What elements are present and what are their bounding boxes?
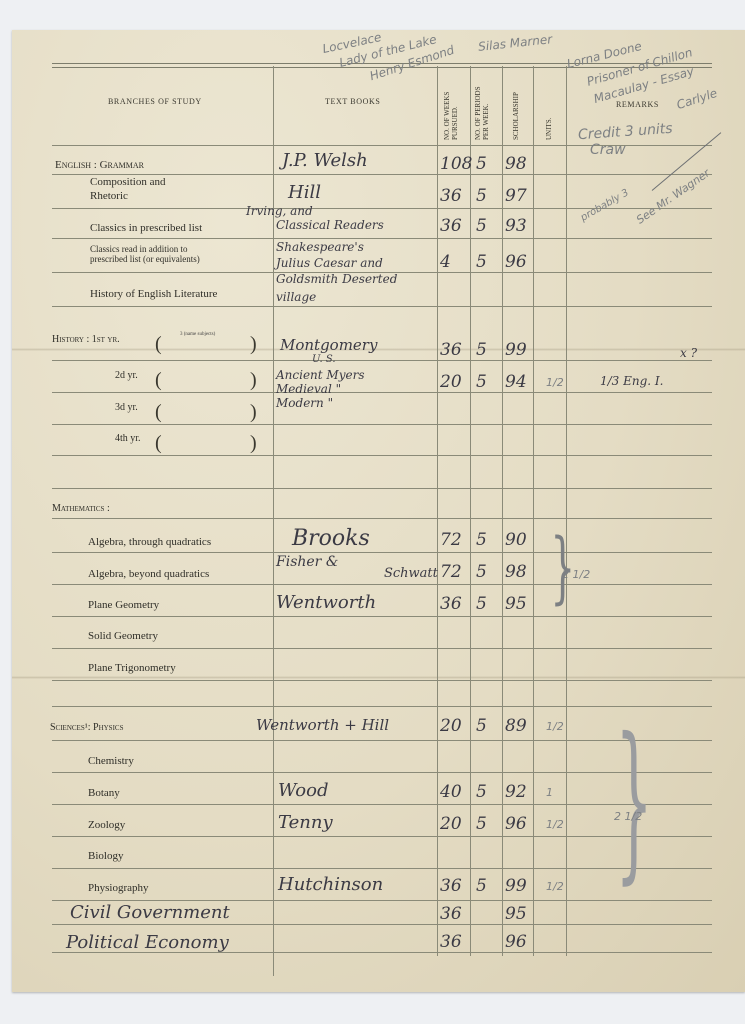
textbook-wood: Wood — [278, 780, 328, 801]
cell-periods: 5 — [476, 372, 487, 392]
col-divider — [470, 66, 471, 956]
label-physiography: Physiography — [88, 882, 149, 894]
remark-math-units: 2 1/2 — [562, 568, 590, 581]
textbook-schwatt: Schwatt — [384, 566, 438, 581]
header-textbooks: TEXT BOOKS — [325, 97, 380, 106]
label-classics-prescribed: Classics in prescribed list — [90, 222, 202, 234]
paren-close: ) — [250, 402, 257, 422]
label-alg-beyond: Algebra, beyond quadratics — [88, 568, 209, 580]
row-line — [52, 648, 712, 649]
history-note: 3 (name subjects) — [180, 332, 215, 337]
header-units: UNITS. — [545, 110, 557, 140]
row-line — [52, 924, 712, 925]
row-line — [52, 868, 712, 869]
remark-initials: Craw — [590, 142, 626, 158]
row-line — [52, 208, 712, 209]
label-plane-trig: Plane Trigonometry — [88, 662, 176, 674]
label-alg-through: Algebra, through quadratics — [88, 536, 211, 548]
textbook-tenny: Tenny — [278, 812, 333, 833]
cell-periods: 5 — [476, 216, 487, 236]
cell-scholarship: 95 — [505, 594, 527, 614]
row-line — [52, 584, 712, 585]
paren-close: ) — [250, 370, 257, 390]
cell-weeks: 36 — [440, 216, 462, 236]
row-line — [52, 392, 712, 393]
col-divider — [273, 66, 274, 976]
paren-close: ) — [250, 433, 257, 453]
label-civil-government: Civil Government — [70, 902, 230, 923]
cell-scholarship: 99 — [505, 340, 527, 360]
header-weeks: NO. OF WEEKS PURSUED. — [443, 72, 465, 140]
cell-periods: 5 — [476, 562, 487, 582]
textbook-wentworth-hill: Wentworth + Hill — [256, 716, 389, 734]
cell-periods: 5 — [476, 340, 487, 360]
cell-scholarship: 98 — [505, 562, 527, 582]
cell-weeks: 36 — [440, 876, 462, 896]
label-biology: Biology — [88, 850, 123, 862]
section-history: History : 1st yr. — [52, 334, 120, 345]
cell-periods: 5 — [476, 186, 487, 206]
textbook-hill: Hill — [288, 182, 321, 203]
row-line — [52, 772, 712, 773]
paren-open: ( — [155, 402, 162, 422]
label-rhetoric: Rhetoric — [90, 190, 128, 202]
header-branches: BRANCHES OF STUDY — [108, 97, 202, 106]
label-solid-geo: Solid Geometry — [88, 630, 158, 642]
col-divider — [566, 66, 567, 956]
row-line — [52, 616, 712, 617]
section-english: English : Grammar — [55, 159, 144, 171]
paren-open: ( — [155, 334, 162, 354]
textbook-modern: Modern " — [276, 396, 333, 410]
remark-science-units: 2 1/2 — [614, 810, 642, 823]
cell-periods: 5 — [476, 252, 487, 272]
cell-scholarship: 97 — [505, 186, 527, 206]
label-classics-add-1: Classics read in addition to — [90, 244, 187, 254]
textbook-shakespeare: Shakespeare's — [276, 240, 364, 254]
cell-weeks: 36 — [440, 340, 462, 360]
row-line — [52, 238, 712, 239]
textbook-wentworth: Wentworth — [276, 592, 376, 613]
cell-weeks: 36 — [440, 594, 462, 614]
row-line — [52, 488, 712, 489]
row-line — [52, 518, 712, 519]
textbook-medieval: Medieval " — [276, 382, 341, 396]
cell-scholarship: 90 — [505, 530, 527, 550]
row-line — [52, 836, 712, 837]
cell-weeks: 36 — [440, 186, 462, 206]
cell-scholarship: 92 — [505, 782, 527, 802]
cell-scholarship: 95 — [505, 904, 527, 924]
textbook-welsh: J.P. Welsh — [282, 150, 368, 171]
header-remarks: REMARKS — [616, 100, 659, 109]
label-hist-eng-lit: History of English Literature — [90, 288, 217, 300]
label-plane-geo: Plane Geometry — [88, 599, 159, 611]
cell-units: 1/2 — [546, 880, 564, 893]
row-line — [52, 424, 712, 425]
paren-close: ) — [250, 334, 257, 354]
label-classics-add-2: prescribed list (or equivalents) — [90, 254, 200, 264]
remark-history-mark: x ? — [680, 346, 697, 360]
cell-periods: 5 — [476, 716, 487, 736]
cell-scholarship: 89 — [505, 716, 527, 736]
cell-weeks: 4 — [440, 252, 451, 272]
cell-scholarship: 96 — [505, 932, 527, 952]
label-yr4: 4th yr. — [115, 433, 141, 444]
row-line — [52, 900, 712, 901]
row-line — [52, 706, 712, 707]
cell-periods: 5 — [476, 876, 487, 896]
row-line — [52, 552, 712, 553]
section-mathematics: Mathematics : — [52, 503, 110, 514]
cell-periods: 5 — [476, 154, 487, 174]
cell-scholarship: 94 — [505, 372, 527, 392]
header-scholarship: SCHOLARSHIP — [512, 72, 524, 140]
paren-open: ( — [155, 433, 162, 453]
cell-scholarship: 96 — [505, 814, 527, 834]
cell-units: 1/2 — [546, 720, 564, 733]
cell-weeks: 72 — [440, 530, 462, 550]
cell-weeks: 36 — [440, 904, 462, 924]
cell-weeks: 36 — [440, 932, 462, 952]
textbook-hutchinson: Hutchinson — [278, 874, 383, 895]
cell-periods: 5 — [476, 594, 487, 614]
row-line — [52, 680, 712, 681]
textbook-classical: Classical Readers — [276, 218, 384, 232]
cell-periods: 5 — [476, 814, 487, 834]
cell-scholarship: 96 — [505, 252, 527, 272]
row-line — [52, 360, 712, 361]
textbook-us: U. S. — [312, 354, 336, 365]
textbook-goldsmith: Goldsmith Deserted — [276, 272, 397, 286]
cell-periods: 5 — [476, 530, 487, 550]
section-sciences: Sciences¹: Physics — [50, 722, 123, 733]
header-periods: NO. OF PERIODS PER WEEK. — [474, 72, 500, 140]
row-line — [52, 740, 712, 741]
paper-fold — [12, 348, 745, 351]
row-line — [52, 174, 712, 175]
label-yr2: 2d yr. — [115, 370, 138, 381]
label-yr3: 3d yr. — [115, 402, 138, 413]
cell-units: 1/2 — [546, 376, 564, 389]
label-botany: Botany — [88, 787, 120, 799]
cell-scholarship: 98 — [505, 154, 527, 174]
cell-weeks: 20 — [440, 716, 462, 736]
cell-weeks: 108 — [440, 154, 472, 174]
cell-scholarship: 93 — [505, 216, 527, 236]
cell-periods: 5 — [476, 782, 487, 802]
cell-weeks: 72 — [440, 562, 462, 582]
textbook-brooks: Brooks — [292, 526, 370, 551]
remark-history: 1/3 Eng. I. — [600, 374, 663, 388]
col-divider — [437, 66, 438, 956]
paper-fold — [12, 676, 745, 679]
textbook-village: village — [276, 290, 316, 304]
col-divider — [533, 66, 534, 956]
cell-units: 1/2 — [546, 818, 564, 831]
cell-weeks: 20 — [440, 814, 462, 834]
label-political-economy: Political Economy — [66, 932, 229, 953]
textbook-montgomery: Montgomery — [280, 336, 377, 354]
textbook-fisher: Fisher & — [276, 554, 338, 570]
label-zoology: Zoology — [88, 819, 125, 831]
col-divider — [502, 66, 503, 956]
science-brace: } — [615, 716, 653, 886]
row-line — [52, 455, 712, 456]
cell-scholarship: 99 — [505, 876, 527, 896]
row-line — [52, 306, 712, 307]
cell-units: 1 — [546, 786, 553, 799]
row-line — [52, 804, 712, 805]
cell-weeks: 20 — [440, 372, 462, 392]
textbook-ancient: Ancient Myers — [276, 368, 364, 382]
cell-weeks: 40 — [440, 782, 462, 802]
textbook-julius: Julius Caesar and — [276, 256, 383, 270]
paren-open: ( — [155, 370, 162, 390]
textbook-irving: Irving, and — [246, 204, 313, 218]
label-composition: Composition and — [90, 176, 165, 188]
label-chemistry: Chemistry — [88, 755, 134, 767]
